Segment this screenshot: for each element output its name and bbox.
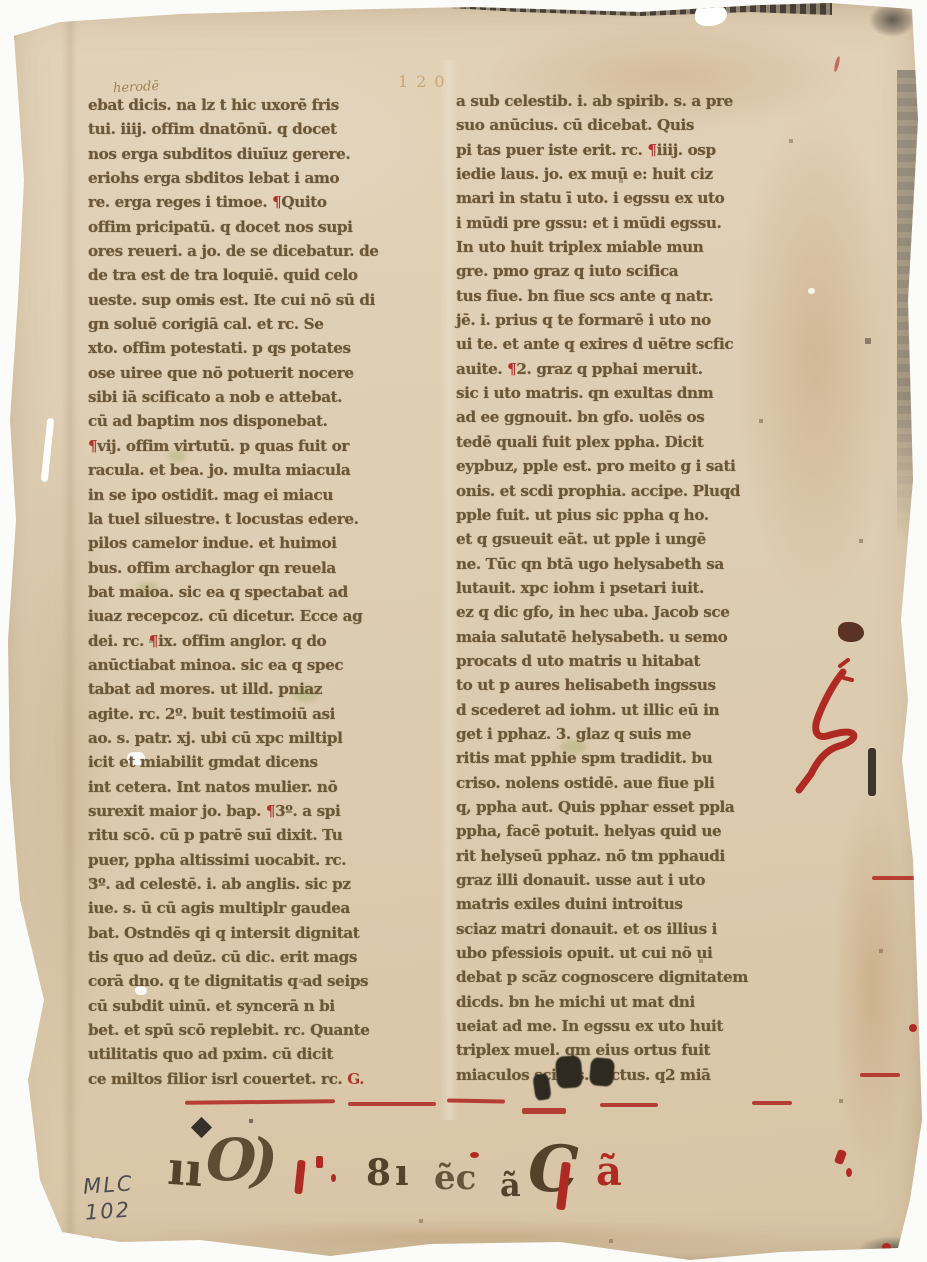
red-speck [834, 1149, 847, 1165]
text-line: iuaz recepcoz. cū dicetur. Ecce ag [88, 607, 450, 631]
red-rule-segment [348, 1102, 436, 1106]
text-line: dei. rc. ¶ix. offim anglor. q do [88, 632, 450, 656]
text-line: surexit maior jo. bap. ¶3º. a spi [88, 802, 450, 826]
text-line: bat. Ostndēs qi q intersit dignitat [88, 924, 450, 948]
text-line: agite. rc. 2º. buit testimoiū asi [88, 705, 450, 729]
text-line: ritu scō. cū p patrē suī dixit. Tu [88, 826, 450, 850]
dark-blob-right-margin [838, 622, 864, 642]
text-line: sibi iā scificato a nob e attebat. [88, 388, 450, 412]
dirt-speckles [0, 0, 2, 2]
text-line: la tuel siluestre. t locustas edere. [88, 510, 450, 534]
pen-trial-strokes: ıı [166, 1141, 205, 1197]
text-line: sic i uto matris. qn exultas dnm [456, 384, 848, 408]
text-line: bat maioa. sic ea q spectabat ad [88, 583, 450, 607]
text-line: sciaz matri donauit. et os illius i [456, 920, 848, 944]
text-line: dicds. bn he michi ut mat dni [456, 993, 848, 1017]
text-line: ce miltos filior isrl couertet. rc. G. [88, 1070, 450, 1094]
text-line: cū ad baptim nos disponebat. [88, 412, 450, 436]
text-line: et q gsueuit eāt. ut pple i ungē [456, 530, 848, 554]
pen-trial-letters: ẽc [434, 1158, 476, 1198]
text-line: miaculos scicus. rectus. q2 miā [456, 1066, 848, 1090]
text-line: rit helyseū pphaz. nō tm pphaudi [456, 847, 848, 871]
text-line: re. erga reges i timoe. ¶Quito [88, 193, 450, 217]
text-line: iedie laus. jo. ex muū e: huit ciz [456, 165, 848, 189]
text-line: racula. et bea. jo. multa miacula [88, 461, 450, 485]
ink-blot [589, 1057, 615, 1087]
text-line: ad ee ggnouit. bn gfo. uolēs os [456, 408, 848, 432]
pen-trial-letter-c: C [528, 1132, 579, 1207]
text-line: ueiat ad me. In egssu ex uto huit [456, 1017, 848, 1041]
text-line: pilos camelor indue. et huimoi [88, 534, 450, 558]
pen-trial-letter-a: ã [500, 1166, 521, 1204]
text-line: gre. pmo graz q iuto scifica [456, 262, 848, 286]
rubric-mark: ¶ [149, 632, 158, 650]
red-rule-segment [185, 1099, 335, 1105]
text-line: bus. offim archaglor qn reuela [88, 559, 450, 583]
soot-damage-right-edge [897, 70, 921, 540]
text-line: ose uiree que nō potuerit nocere [88, 364, 450, 388]
folio-number: 120 [398, 72, 453, 91]
soot-damage-top-edge [450, 0, 832, 18]
text-line: eriohs erga sbditos lebat i amo [88, 169, 450, 193]
text-line: ¶vij. offim virtutū. p quas fuit or [88, 437, 450, 461]
text-line: triplex muel. qm eius ortus fuit [456, 1041, 848, 1065]
red-dash-right-margin [860, 1073, 900, 1077]
shelfmark-line1: MLC [82, 1170, 134, 1199]
text-line: ui te. et ante q exires d uētre scfic [456, 335, 848, 359]
text-line: ne. Tūc qn btā ugo helysabeth sa [456, 555, 848, 579]
text-line: matris exiles duini introitus [456, 895, 848, 919]
text-line: gn soluē corigiā cal. et rc. Se [88, 315, 450, 339]
text-line: ueste. sup omis est. Ite cui nō sū di [88, 291, 450, 315]
text-line: de tra est de tra loquiē. quid celo [88, 266, 450, 290]
text-line: In uto huit triplex miable mun [456, 238, 848, 262]
text-line: pple fuit. ut pius sic ppha q ho. [456, 506, 848, 530]
red-rule-segment [600, 1103, 658, 1107]
text-line: mari in statu ī uto. i egssu ex uto [456, 189, 848, 213]
photo-background: 120 herodē ebat dicis. na lz t hic uxorē… [0, 0, 927, 1262]
marginal-annotation: herodē [113, 79, 160, 96]
shelfmark-line2: 102 [84, 1196, 136, 1225]
red-speck [882, 1243, 891, 1251]
text-line: puer, ppha altissimi uocabit. rc. [88, 851, 450, 875]
red-speck [846, 1168, 852, 1177]
red-rule-segment [752, 1101, 792, 1105]
text-line: onis. et scdi prophia. accipe. Pluqd [456, 482, 848, 506]
red-rule-segment [522, 1108, 566, 1114]
red-speck [331, 1174, 336, 1182]
text-line: ubo pfessiois opuit. ut cui nō ui [456, 944, 848, 968]
text-line: iue. s. ū cū agis multiplr gaudea [88, 899, 450, 923]
tear-left-edge [41, 418, 55, 482]
text-line: debat p scāz cognoscere dignitatem [456, 968, 848, 992]
rubric-mark: ¶ [88, 437, 97, 455]
vertical-crease [62, 0, 78, 1262]
text-line: offim pricipatū. q docet nos supi [88, 218, 450, 242]
text-line: ores reueri. a jo. de se dicebatur. de [88, 242, 450, 266]
pen-trial-red-letter: ã [596, 1148, 622, 1195]
pen-trial-numerals: 8ı [366, 1152, 413, 1194]
text-line: 3º. ad celestē. i. ab anglis. sic pz [88, 875, 450, 899]
text-line: a sub celestib. i. ab spirib. s. a pre [456, 92, 848, 116]
text-line: tui. iiij. offim dnatōnū. q docet [88, 120, 450, 144]
text-line: bet. et spū scō replebit. rc. Quante [88, 1021, 450, 1045]
text-line: int cetera. Int natos mulier. nō [88, 778, 450, 802]
text-line: cū subdit uinū. et syncerā n bi [88, 997, 450, 1021]
red-rule-right-edge [872, 876, 927, 880]
text-line: suo anūcius. cū dicebat. Quis [456, 116, 848, 140]
text-line: xto. offim potestati. p qs potates [88, 339, 450, 363]
text-line: i mūdi pre gssu: et i mūdi egssu. [456, 214, 848, 238]
red-dot [909, 1024, 917, 1032]
pen-trial-flourish: O) [206, 1126, 272, 1194]
text-line: jē. i. prius q te formarē i uto no [456, 311, 848, 335]
text-line: nos erga subditos diuīuz gerere. [88, 145, 450, 169]
rubric-mark: G. [347, 1070, 364, 1088]
text-line: tedē quali fuit plex ppha. Dicit [456, 433, 848, 457]
text-line: ebat dicis. na lz t hic uxorē fris [88, 96, 450, 120]
rubric-mark: ¶ [507, 360, 516, 378]
ink-mark-bottom-left [85, 1237, 95, 1252]
text-line: auite. ¶2. graz q pphai meruit. [456, 360, 848, 384]
text-line: in se ipo ostidit. mag ei miacu [88, 486, 450, 510]
text-line: tus fiue. bn fiue scs ante q natr. [456, 287, 848, 311]
text-line: corā dno. q te dignitatis q ad seips [88, 972, 450, 996]
red-speck [316, 1156, 323, 1168]
text-line: graz illi donauit. usse aut i uto [456, 871, 848, 895]
manuscript-leaf: 120 herodē ebat dicis. na lz t hic uxorē… [0, 0, 927, 1262]
text-column-right: a sub celestib. i. ab spirib. s. a presu… [456, 92, 848, 1090]
ink-dash-right-margin [868, 748, 876, 796]
tear-top-edge [695, 4, 727, 26]
text-column-left: ebat dicis. na lz t hic uxorē fristui. i… [88, 96, 450, 1094]
text-line: icit et miabilit gmdat dicens [88, 753, 450, 777]
text-line: ao. s. patr. xj. ubi cū xpc miltipl [88, 729, 450, 753]
ink-blot [555, 1055, 583, 1089]
rubric-mark: ¶ [647, 141, 656, 159]
red-stroke-pen-trial [294, 1160, 306, 1195]
text-line: anūctiabat minoa. sic ea q spec [88, 656, 450, 680]
text-line: utilitatis quo ad pxim. cū dicit [88, 1045, 450, 1069]
soot-damage-bottom-right-corner [858, 1236, 927, 1262]
soot-damage-top-left-corner [0, 24, 20, 52]
rubric-mark: ¶ [272, 193, 281, 211]
text-line: tis quo ad deūz. cū dic. erit mags [88, 948, 450, 972]
text-line: tabat ad mores. ut illd. pniaz [88, 680, 450, 704]
shelfmark-pencil: MLC 102 [82, 1170, 136, 1225]
text-line: eypbuz, pple est. pro meito g i sati [456, 457, 848, 481]
text-line: pi tas puer iste erit. rc. ¶iiij. osp [456, 141, 848, 165]
rubric-mark: ¶ [266, 802, 275, 820]
